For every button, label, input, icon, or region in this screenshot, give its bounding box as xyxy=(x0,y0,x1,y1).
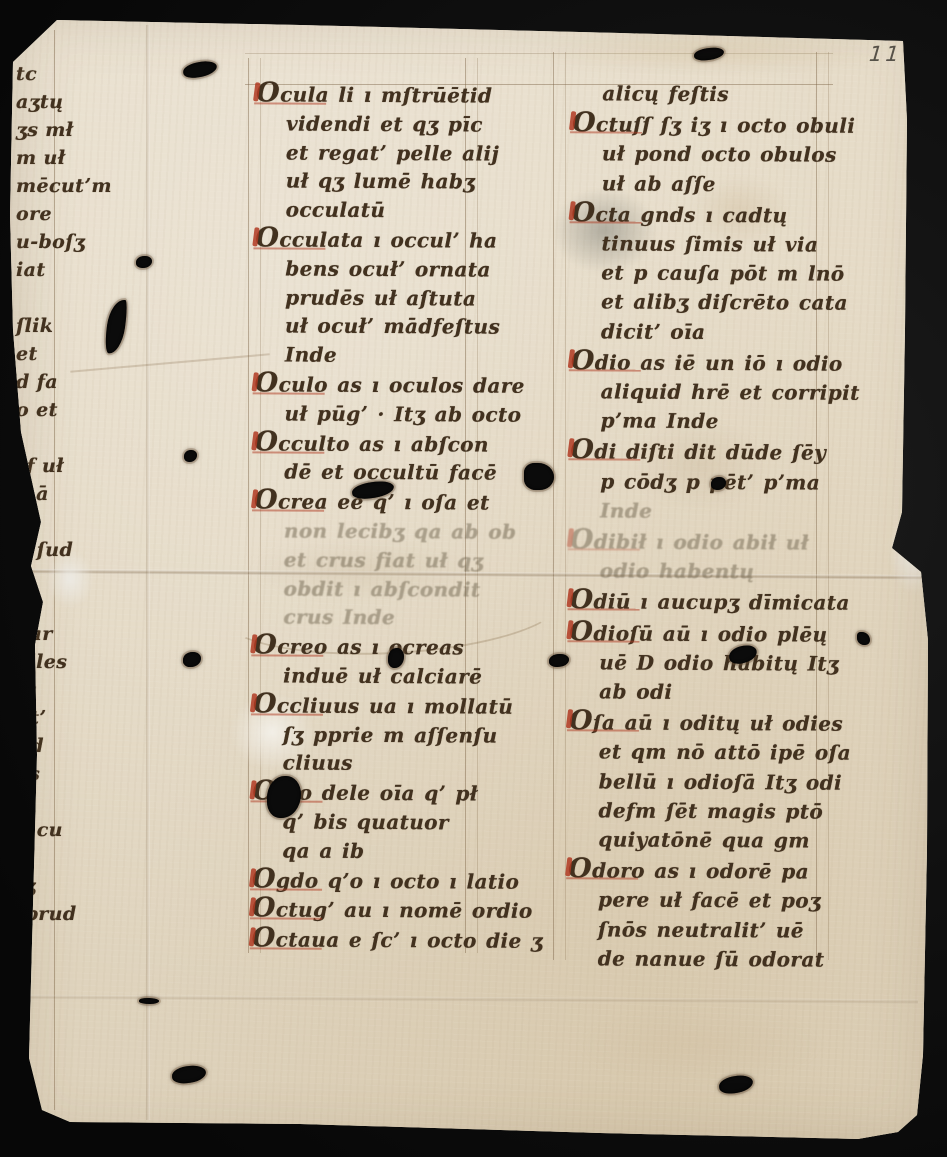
text-line: ſʒ pprie m aſſenſu xyxy=(267,720,487,750)
text-line: prudēs uł aſtuta xyxy=(269,283,489,313)
text-line: ſnōs neutralitʼ uē xyxy=(582,915,832,946)
text-line: Occulata ı occulʼ ha xyxy=(255,224,489,255)
text-line: uł ab aſſe xyxy=(586,169,836,200)
margin-fragment: u-boſʒ xyxy=(6,228,116,256)
parchment-hole xyxy=(183,652,201,667)
margin-fragment: m uł xyxy=(6,144,116,172)
text-line: Occulto as ı abſcon xyxy=(254,428,488,459)
text-line: dicitʼ oīa xyxy=(585,317,835,348)
text-line: Occliuus ua ı mollatū xyxy=(253,690,487,721)
margin-fragment: p xyxy=(6,844,116,872)
margin-fragment xyxy=(6,284,116,312)
margin-fragment: os xyxy=(6,760,116,788)
stain xyxy=(580,1010,820,1080)
parchment-hole xyxy=(184,450,197,462)
margin-fragment xyxy=(6,424,116,452)
text-line: Odio as iē un iō ı odio xyxy=(571,346,835,379)
parchment-hole xyxy=(718,1074,754,1094)
text-line: Octaua e ſcʼ ı octo die ʒ xyxy=(252,924,486,955)
margin-fragment: aʒtų xyxy=(6,88,116,116)
text-line: Octugʼ au ı nomē ordio xyxy=(252,895,486,926)
text-line: cliuus xyxy=(267,749,487,779)
text-line: Odiū ı aucupʒ dīmicata xyxy=(570,586,834,619)
margin-fragment: d cu xyxy=(6,816,116,844)
margin-fragment: o et xyxy=(6,396,116,424)
text-line: crus Inde xyxy=(267,603,487,633)
margin-fragment: ſlik xyxy=(6,312,116,340)
text-line: pʼma Inde xyxy=(584,407,834,438)
text-line: bens ocułʼ ornata xyxy=(269,254,489,284)
margin-fragment: utʼ xyxy=(6,704,116,732)
text-line: obdit ı abſcondit xyxy=(268,574,488,604)
text-line: Inde xyxy=(584,496,834,527)
text-column-left: Ocula li ı mſtrūētid videndi et qʒ pīc e… xyxy=(266,79,491,955)
text-line: Oculo as ı oculos dare xyxy=(255,369,489,400)
ruling-line xyxy=(565,52,566,960)
text-line: uē D odio habitų Itʒ xyxy=(583,648,833,679)
margin-fragment xyxy=(6,564,116,592)
margin-fragment: ore xyxy=(6,200,116,228)
text-line: odio habentų xyxy=(584,557,834,588)
margin-fragment: g ſud xyxy=(6,536,116,564)
margin-fragment: tc xyxy=(6,60,116,88)
margin-fragment: d fa xyxy=(6,368,116,396)
text-line: ab odi xyxy=(583,677,833,708)
ruling-line xyxy=(248,58,249,953)
text-line: Ogdo qʼo ı octo ı latio xyxy=(252,865,486,896)
margin-fragment: o ā xyxy=(6,480,116,508)
margin-fragment: kar xyxy=(6,620,116,648)
text-line: et p cauſa pōt m lnō xyxy=(585,259,835,290)
text-line: qa a ib xyxy=(266,836,486,866)
margin-fragment: et xyxy=(6,340,116,368)
text-line: Oſa aū ı oditų uł odies xyxy=(569,707,833,740)
text-line: Ocula li ı mſtrūētid xyxy=(256,79,490,110)
text-line: induē uł calciarē xyxy=(267,661,487,691)
text-line: Ocreo as ı ocreas xyxy=(253,631,487,662)
text-line: et qm nō attō ipē oſa xyxy=(583,738,833,769)
margin-fragment: rf uł xyxy=(6,452,116,480)
parchment-hole xyxy=(549,654,569,667)
text-line: tinuus ſimis uł via xyxy=(585,229,835,260)
text-line: bellū ı odioſā Itʒ odi xyxy=(583,767,833,798)
margin-fragment: fʒ xyxy=(6,872,116,900)
text-line: p cōdʒ p pētʼ pʼma xyxy=(584,467,834,498)
text-line: et regatʼ pelle alij xyxy=(270,138,490,168)
margin-fragment: mēcutʼm xyxy=(6,172,116,200)
text-line: uł qʒ lumē habʒ xyxy=(270,167,490,197)
parchment-hole xyxy=(182,60,218,80)
fold-crease xyxy=(30,995,918,1005)
margin-fragment: elles xyxy=(6,648,116,676)
text-line: Odi diſti dit dūde ſēy xyxy=(570,436,834,469)
parchment-hole xyxy=(139,997,159,1004)
text-line: occulatū xyxy=(270,196,490,226)
text-line: alicų feſtis xyxy=(586,79,836,110)
fold-crease xyxy=(146,25,150,1120)
margin-fragment: tā xyxy=(6,676,116,704)
text-line: Octuſſ ſʒ iʒ ı octo obuli xyxy=(572,108,836,141)
text-line: pere uł facē et poʒ xyxy=(582,886,832,917)
text-line: Odibił ı odio abił uł xyxy=(570,525,834,558)
text-line: uł ocułʼ mādfeſtus xyxy=(269,312,489,342)
ruling-line xyxy=(553,52,554,960)
text-line: non lecibʒ qa ab ob xyxy=(268,516,488,546)
parchment-hole xyxy=(857,632,870,645)
text-line: videndi et qʒ pīc xyxy=(270,109,490,139)
parchment-hole xyxy=(524,463,554,490)
margin-fragment xyxy=(6,508,116,536)
text-line: et alibʒ diſcrēto cata xyxy=(585,288,835,319)
text-line: et crus fiat uł qʒ xyxy=(268,545,488,575)
margin-fragment: ʒs mł xyxy=(6,116,116,144)
parchment-hole xyxy=(694,47,725,62)
text-line: defm ſēt magis ptō xyxy=(582,796,832,827)
text-line: Odioſū aū ı odio plēų xyxy=(569,617,833,650)
margin-fragment: ud xyxy=(6,732,116,760)
text-line: de nanue ſū odorat xyxy=(582,944,832,975)
text-line: uł pūgʼ · Itʒ ab octo xyxy=(268,399,488,429)
manuscript-leaf: 11 tcaʒtųʒs młm ułmēcutʼmoreu-boſʒiatſli… xyxy=(0,0,947,1157)
parchment-hole xyxy=(171,1065,206,1084)
text-line: Inde xyxy=(269,341,489,371)
margin-strip: tcaʒtųʒs młm ułmēcutʼmoreu-boſʒiatſliket… xyxy=(6,60,116,928)
margin-fragment xyxy=(6,592,116,620)
ruling-line xyxy=(245,53,833,54)
text-line: quiyatōnē qua gm xyxy=(582,825,832,856)
margin-fragment: iat xyxy=(6,256,116,284)
margin-fragment: ſprud xyxy=(6,900,116,928)
margin-fragment xyxy=(6,788,116,816)
text-line: Odoro as ı odorē pa xyxy=(568,855,832,888)
photo-background: 11 tcaʒtųʒs młm ułmēcutʼmoreu-boſʒiatſli… xyxy=(0,0,947,1157)
text-column-right: alicų feſtis Octuſſ ſʒ iʒ ı octo obuli u… xyxy=(582,79,837,974)
edge-tear xyxy=(888,510,940,594)
text-line: uł pond octo obulos xyxy=(586,140,836,171)
text-line: qʼ bis quatuor xyxy=(266,807,486,837)
text-line: aliquid hrē et corripit xyxy=(585,377,835,408)
folio-number: 11 xyxy=(866,42,906,66)
text-line: Octa gnds ı cadtų xyxy=(572,198,836,231)
